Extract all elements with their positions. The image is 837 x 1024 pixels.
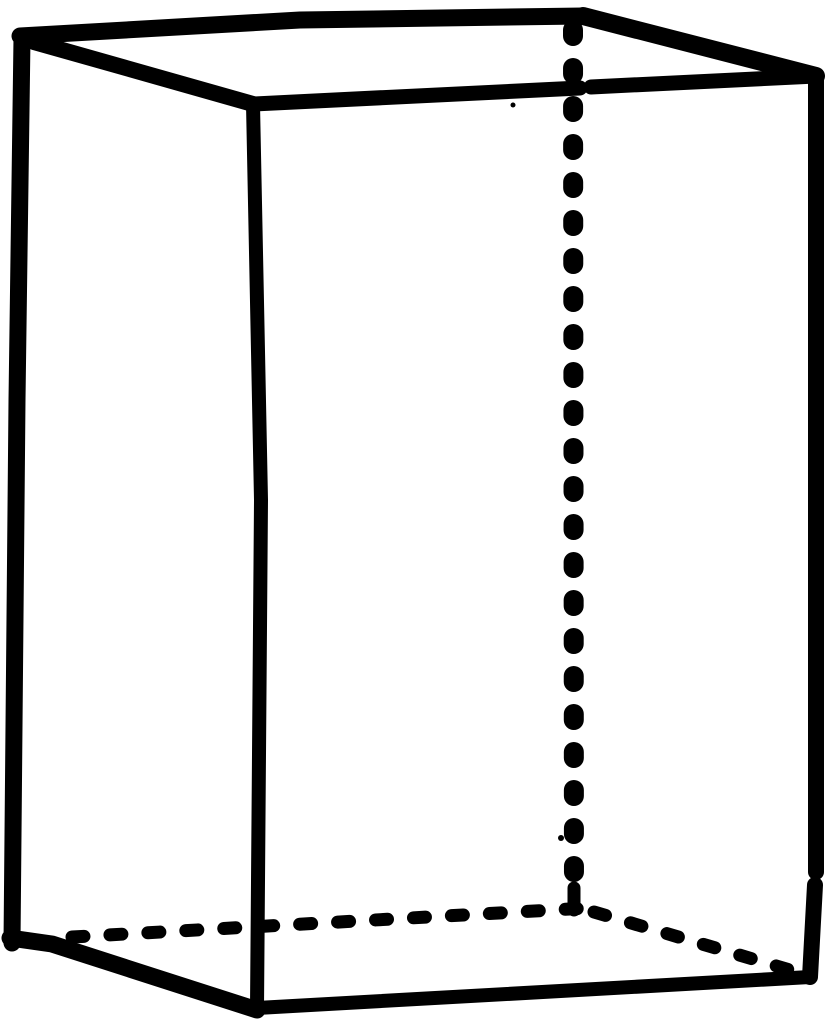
bottom-front-right-edge [257,977,810,1008]
left-vertical-edge [12,38,22,943]
ink-speck-1 [511,103,516,108]
front-vertical-edge [253,104,261,1008]
hidden-back-vertical-edge [573,30,574,902]
top-back-right-edge [583,16,816,76]
right-vertical-edge-segment-b [810,885,815,977]
bottom-front-left-edge [10,938,257,1010]
top-front-left-edge [34,42,253,104]
top-front-right-edge-segment-b [591,76,816,87]
top-front-right-edge-segment-a [253,88,580,104]
illustration-canvas [0,0,837,1024]
ink-speck-2 [141,75,145,79]
top-back-left-edge [20,16,583,36]
rectangular-prism-figure [0,0,837,1024]
ink-speck-3 [558,835,564,841]
hidden-bottom-left-back-edge [72,908,588,937]
hidden-bottom-back-right-edge [594,912,800,973]
